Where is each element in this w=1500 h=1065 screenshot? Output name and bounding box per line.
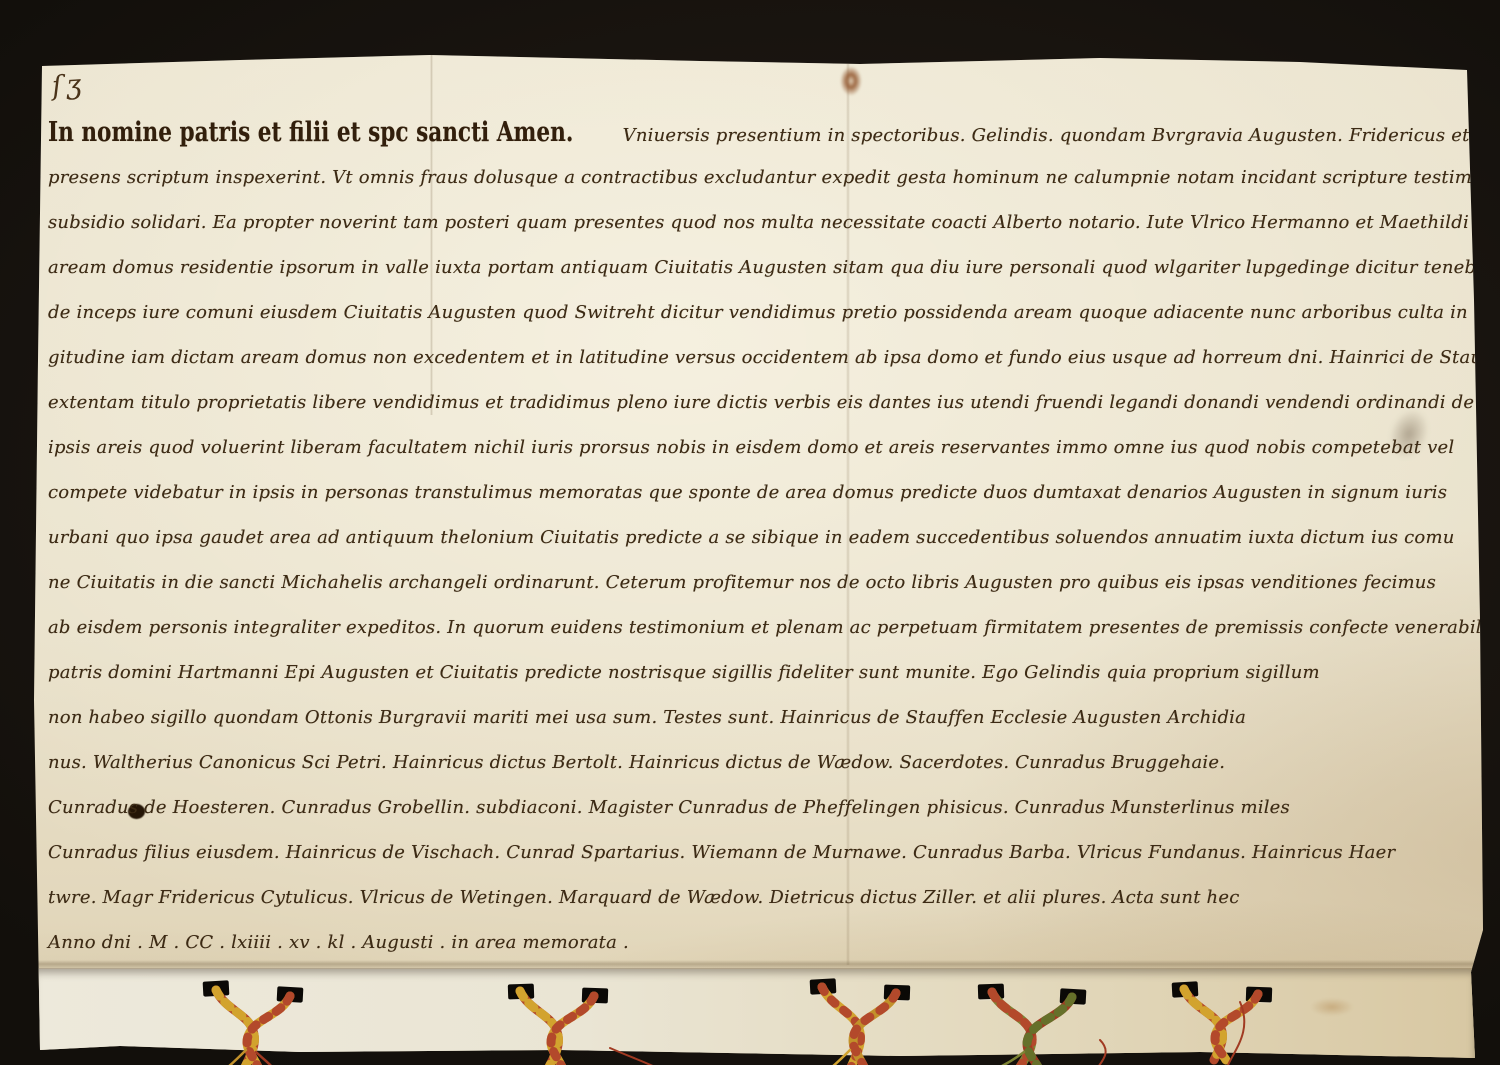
seal-slit bbox=[978, 984, 1005, 1000]
manuscript-line: Anno dni . M . CC . lxiiii . xv . kl . A… bbox=[48, 920, 1462, 965]
seal-slit bbox=[884, 985, 911, 1001]
invocation-text: In nomine patris et filii et spc sancti … bbox=[48, 110, 573, 155]
manuscript-line: urbani quo ipsa gaudet area ad antiquum … bbox=[48, 515, 1462, 560]
manuscript-line: presens scriptum inspexerint. Vt omnis f… bbox=[48, 155, 1462, 200]
manuscript-line: nus. Waltherius Canonicus Sci Petri. Hai… bbox=[48, 740, 1462, 785]
manuscript-line: aream domus residentie ipsorum in valle … bbox=[48, 245, 1462, 290]
parchment-sheet: ſʒ In nomine patris et filii et spc sanc… bbox=[0, 0, 1500, 1065]
manuscript-line: de inceps iure comuni eiusdem Ciuitatis … bbox=[48, 290, 1462, 335]
manuscript-line: ab eisdem personis integraliter expedito… bbox=[48, 605, 1462, 650]
seal-slit bbox=[277, 986, 304, 1002]
seal-slit bbox=[508, 984, 535, 1000]
manuscript-line: compete videbatur in ipsis in personas t… bbox=[48, 470, 1462, 515]
seal-slit bbox=[1172, 981, 1199, 997]
manuscript-line: extentam titulo proprietatis libere vend… bbox=[48, 380, 1462, 425]
manuscript-line: Cunradus de Hoesteren. Cunradus Grobelli… bbox=[48, 785, 1462, 830]
seal-slit bbox=[203, 980, 230, 996]
manuscript-line: patris domini Hartmanni Epi Augusten et … bbox=[48, 650, 1462, 695]
seal-slit bbox=[582, 988, 609, 1004]
rust-stain bbox=[840, 66, 862, 96]
manuscript-line: non habeo sigillo quondam Ottonis Burgra… bbox=[48, 695, 1462, 740]
seal-slit bbox=[810, 978, 837, 994]
manuscript-line: twre. Magr Fridericus Cytulicus. Vlricus… bbox=[48, 875, 1462, 920]
archival-mark: ſʒ bbox=[51, 69, 86, 102]
manuscript-line: Cunradus filius eiusdem. Hainricus de Vi… bbox=[48, 830, 1462, 875]
seal-slit bbox=[1060, 988, 1087, 1004]
manuscript-line: ipsis areis quod voluerint liberam facul… bbox=[48, 425, 1462, 470]
manuscript-line: subsidio solidari. Ea propter noverint t… bbox=[48, 200, 1462, 245]
manuscript-line: In nomine patris et filii et spc sancti … bbox=[48, 110, 1462, 155]
photo-backdrop: ſʒ In nomine patris et filii et spc sanc… bbox=[0, 0, 1500, 1065]
manuscript-line: gitudine iam dictam aream domus non exce… bbox=[48, 335, 1462, 380]
seal-slit bbox=[1246, 987, 1273, 1003]
charter-text: In nomine patris et filii et spc sancti … bbox=[48, 110, 1462, 965]
manuscript-line: ne Ciuitatis in die sancti Michahelis ar… bbox=[48, 560, 1462, 605]
line-text: Vniuersis presentium in spectoribus. Gel… bbox=[623, 125, 1500, 146]
plica-fold bbox=[34, 968, 1475, 1061]
